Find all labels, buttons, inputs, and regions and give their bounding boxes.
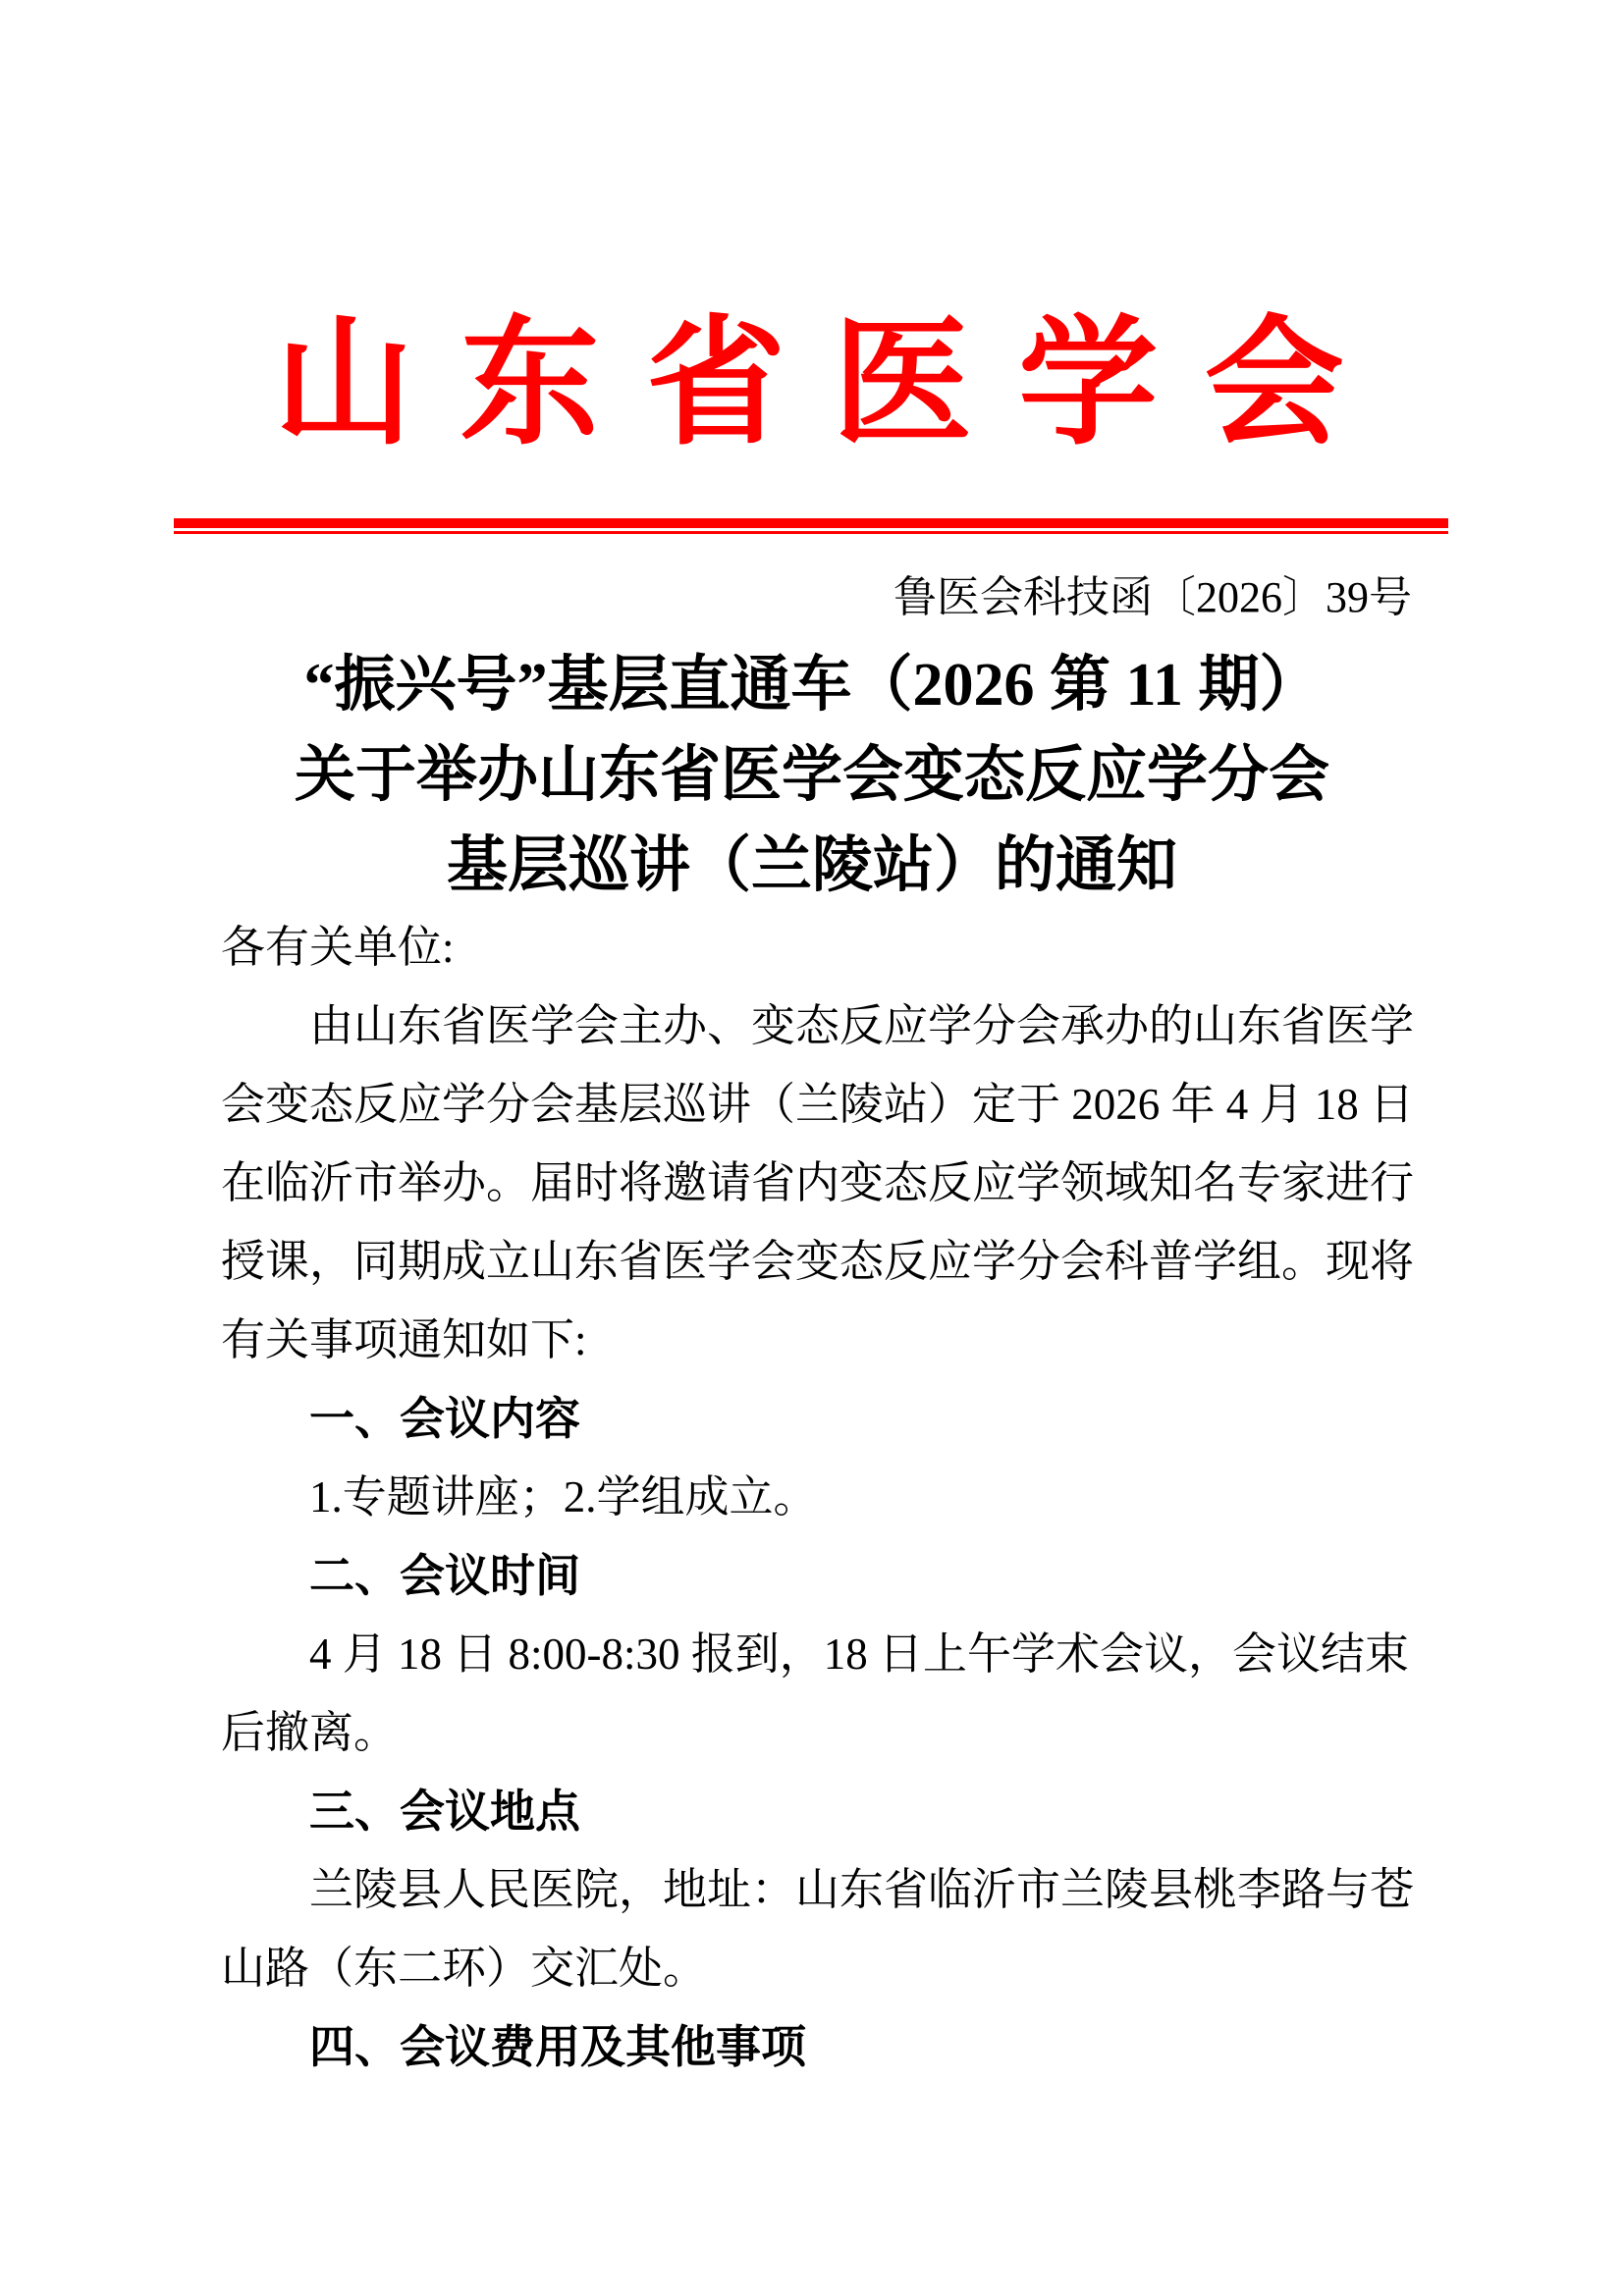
body-line: 山路（东二环）交汇处。 bbox=[221, 1929, 1409, 2007]
body-line: 各有关单位: bbox=[221, 908, 1409, 987]
body-line: 后撤离。 bbox=[221, 1693, 1409, 1772]
notice-title: “振兴号”基层直通车（2026 第 11 期） 关于举办山东省医学会变态反应学分… bbox=[0, 640, 1624, 911]
body-text: 各有关单位:由山东省医学会主办、变态反应学分会承办的山东省医学会变态反应学分会基… bbox=[221, 908, 1409, 2086]
notice-title-line-1: “振兴号”基层直通车（2026 第 11 期） bbox=[0, 640, 1624, 730]
organization-title: 山 东 省 医 学 会 bbox=[0, 310, 1624, 457]
body-line: 授课，同期成立山东省医学会变态反应学分会科普学组。现将 bbox=[221, 1222, 1409, 1301]
body-line: 兰陵县人民医院，地址：山东省临沂市兰陵县桃李路与苍 bbox=[221, 1850, 1409, 1929]
notice-document-page: 山 东 省 医 学 会 鲁医会科技函〔2026〕39号 “振兴号”基层直通车（2… bbox=[0, 0, 1624, 2296]
body-line: 会变态反应学分会基层巡讲（兰陵站）定于 2026 年 4 月 18 日 bbox=[221, 1065, 1409, 1144]
body-line: 由山东省医学会主办、变态反应学分会承办的山东省医学 bbox=[221, 987, 1409, 1065]
notice-title-line-3: 基层巡讲（兰陵站）的通知 bbox=[0, 821, 1624, 911]
body-line: 有关事项通知如下: bbox=[221, 1301, 1409, 1379]
section-heading: 二、会议时间 bbox=[221, 1536, 1409, 1615]
section-heading: 三、会议地点 bbox=[221, 1772, 1409, 1850]
notice-title-line-2: 关于举办山东省医学会变态反应学分会 bbox=[0, 730, 1624, 821]
section-heading: 一、会议内容 bbox=[221, 1379, 1409, 1458]
divider-thin-line bbox=[174, 531, 1448, 534]
body-line: 1.专题讲座；2.学组成立。 bbox=[221, 1458, 1409, 1536]
header-divider-rule bbox=[174, 518, 1448, 534]
divider-thick-line bbox=[174, 518, 1448, 528]
document-reference-number: 鲁医会科技函〔2026〕39号 bbox=[893, 572, 1412, 623]
body-line: 在临沂市举办。届时将邀请省内变态反应学领域知名专家进行 bbox=[221, 1144, 1409, 1222]
body-line: 4 月 18 日 8:00-8:30 报到，18 日上午学术会议，会议结束 bbox=[221, 1615, 1409, 1693]
section-heading: 四、会议费用及其他事项 bbox=[221, 2007, 1409, 2086]
